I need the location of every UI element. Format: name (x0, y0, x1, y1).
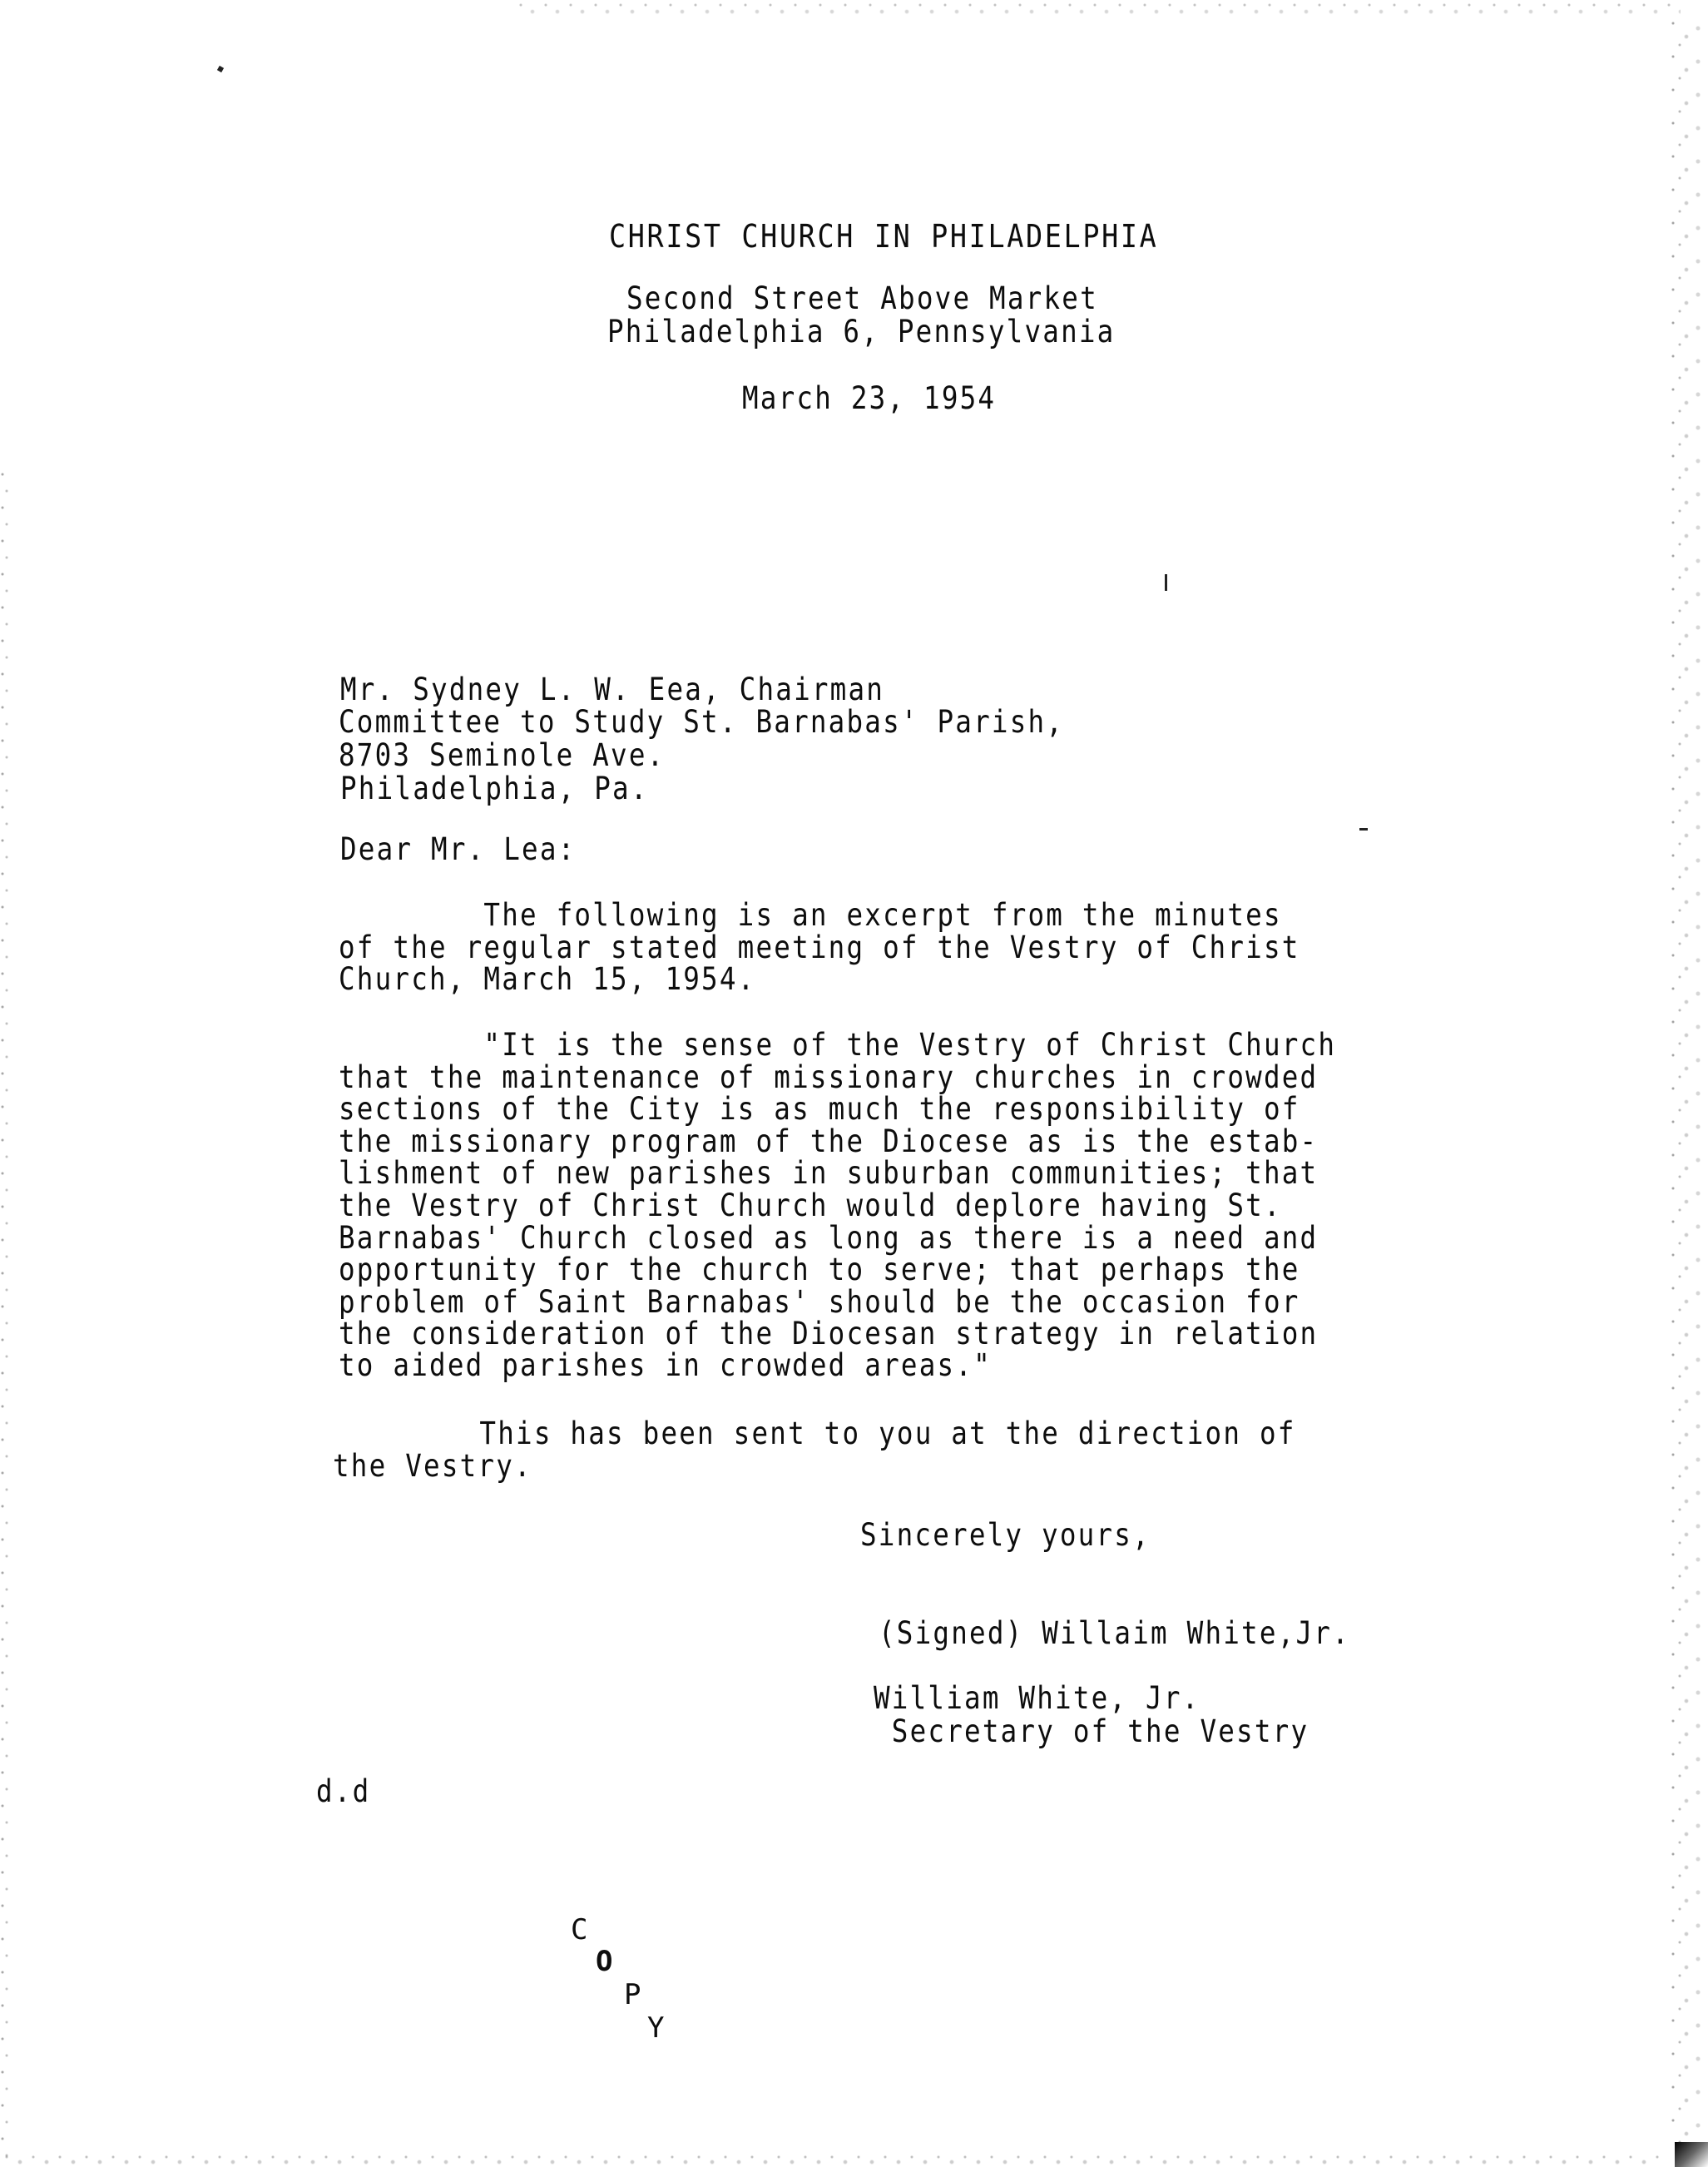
stray-ink-mark (217, 66, 224, 72)
copy-letter: O (596, 1947, 612, 1976)
recipient-line-2: Committee to Study St. Barnabas' Parish, (339, 707, 1064, 738)
stray-ink-mark (1359, 828, 1368, 831)
quote-line: that the maintenance of missionary churc… (339, 1062, 1318, 1093)
body-line: the Vestry. (333, 1450, 532, 1482)
address-line-2: Philadelphia 6, Pennsylvania (607, 316, 1115, 348)
letter-date: March 23, 1954 (742, 383, 996, 414)
address-line-1: Second Street Above Market (626, 283, 1098, 315)
scan-noise-left (0, 466, 12, 2164)
body-line: This has been sent to you at the directi… (334, 1418, 1296, 1450)
quote-line: Barnabas' Church closed as long as there… (339, 1222, 1318, 1254)
quote-line: "It is the sense of the Vestry of Christ… (339, 1029, 1336, 1061)
letter-page: CHRIST CHURCH IN PHILADELPHIA Second Str… (0, 0, 1708, 2167)
body-line: Church, March 15, 1954. (339, 964, 755, 995)
quote-line: the Vestry of Christ Church would deplor… (339, 1190, 1282, 1222)
complimentary-close: Sincerely yours, (860, 1520, 1151, 1551)
recipient-line-3: 8703 Seminole Ave. (339, 740, 665, 771)
signed-line: (Signed) Willaim White,Jr. (879, 1618, 1350, 1649)
recipient-line-1: Mr. Sydney L. W. Eea, Chairman (340, 674, 884, 706)
typed-signer-name: William White, Jr. (874, 1683, 1200, 1714)
stray-ink-mark (1165, 574, 1167, 591)
copy-letter: Y (647, 2014, 664, 2042)
quote-line: opportunity for the church to serve; tha… (339, 1254, 1300, 1286)
organization-name: CHRIST CHURCH IN PHILADELPHIA (609, 221, 1158, 252)
body-line: of the regular stated meeting of the Ves… (339, 932, 1300, 964)
scan-noise-right (1668, 17, 1708, 2147)
quote-line: the missionary program of the Diocese as… (339, 1126, 1318, 1158)
quote-line: sections of the City is as much the resp… (339, 1093, 1300, 1125)
quote-line: the consideration of the Diocesan strate… (339, 1318, 1318, 1350)
typist-initials: d.d (316, 1776, 370, 1807)
copy-letter: C (571, 1916, 587, 1944)
quote-line: lishment of new parishes in suburban com… (339, 1158, 1318, 1189)
salutation: Dear Mr. Lea: (340, 834, 576, 865)
scan-noise-top (516, 0, 1681, 18)
scan-noise-bottom (0, 2150, 1664, 2167)
recipient-line-4: Philadelphia, Pa. (340, 773, 649, 805)
signer-title: Secretary of the Vestry (874, 1716, 1309, 1748)
body-line: The following is an excerpt from the min… (339, 900, 1282, 931)
quote-line: problem of Saint Barnabas' should be the… (339, 1287, 1300, 1318)
scan-corner-mark (1675, 2142, 1708, 2167)
quote-line: to aided parishes in crowded areas." (339, 1350, 992, 1381)
copy-letter: P (624, 1981, 641, 2009)
